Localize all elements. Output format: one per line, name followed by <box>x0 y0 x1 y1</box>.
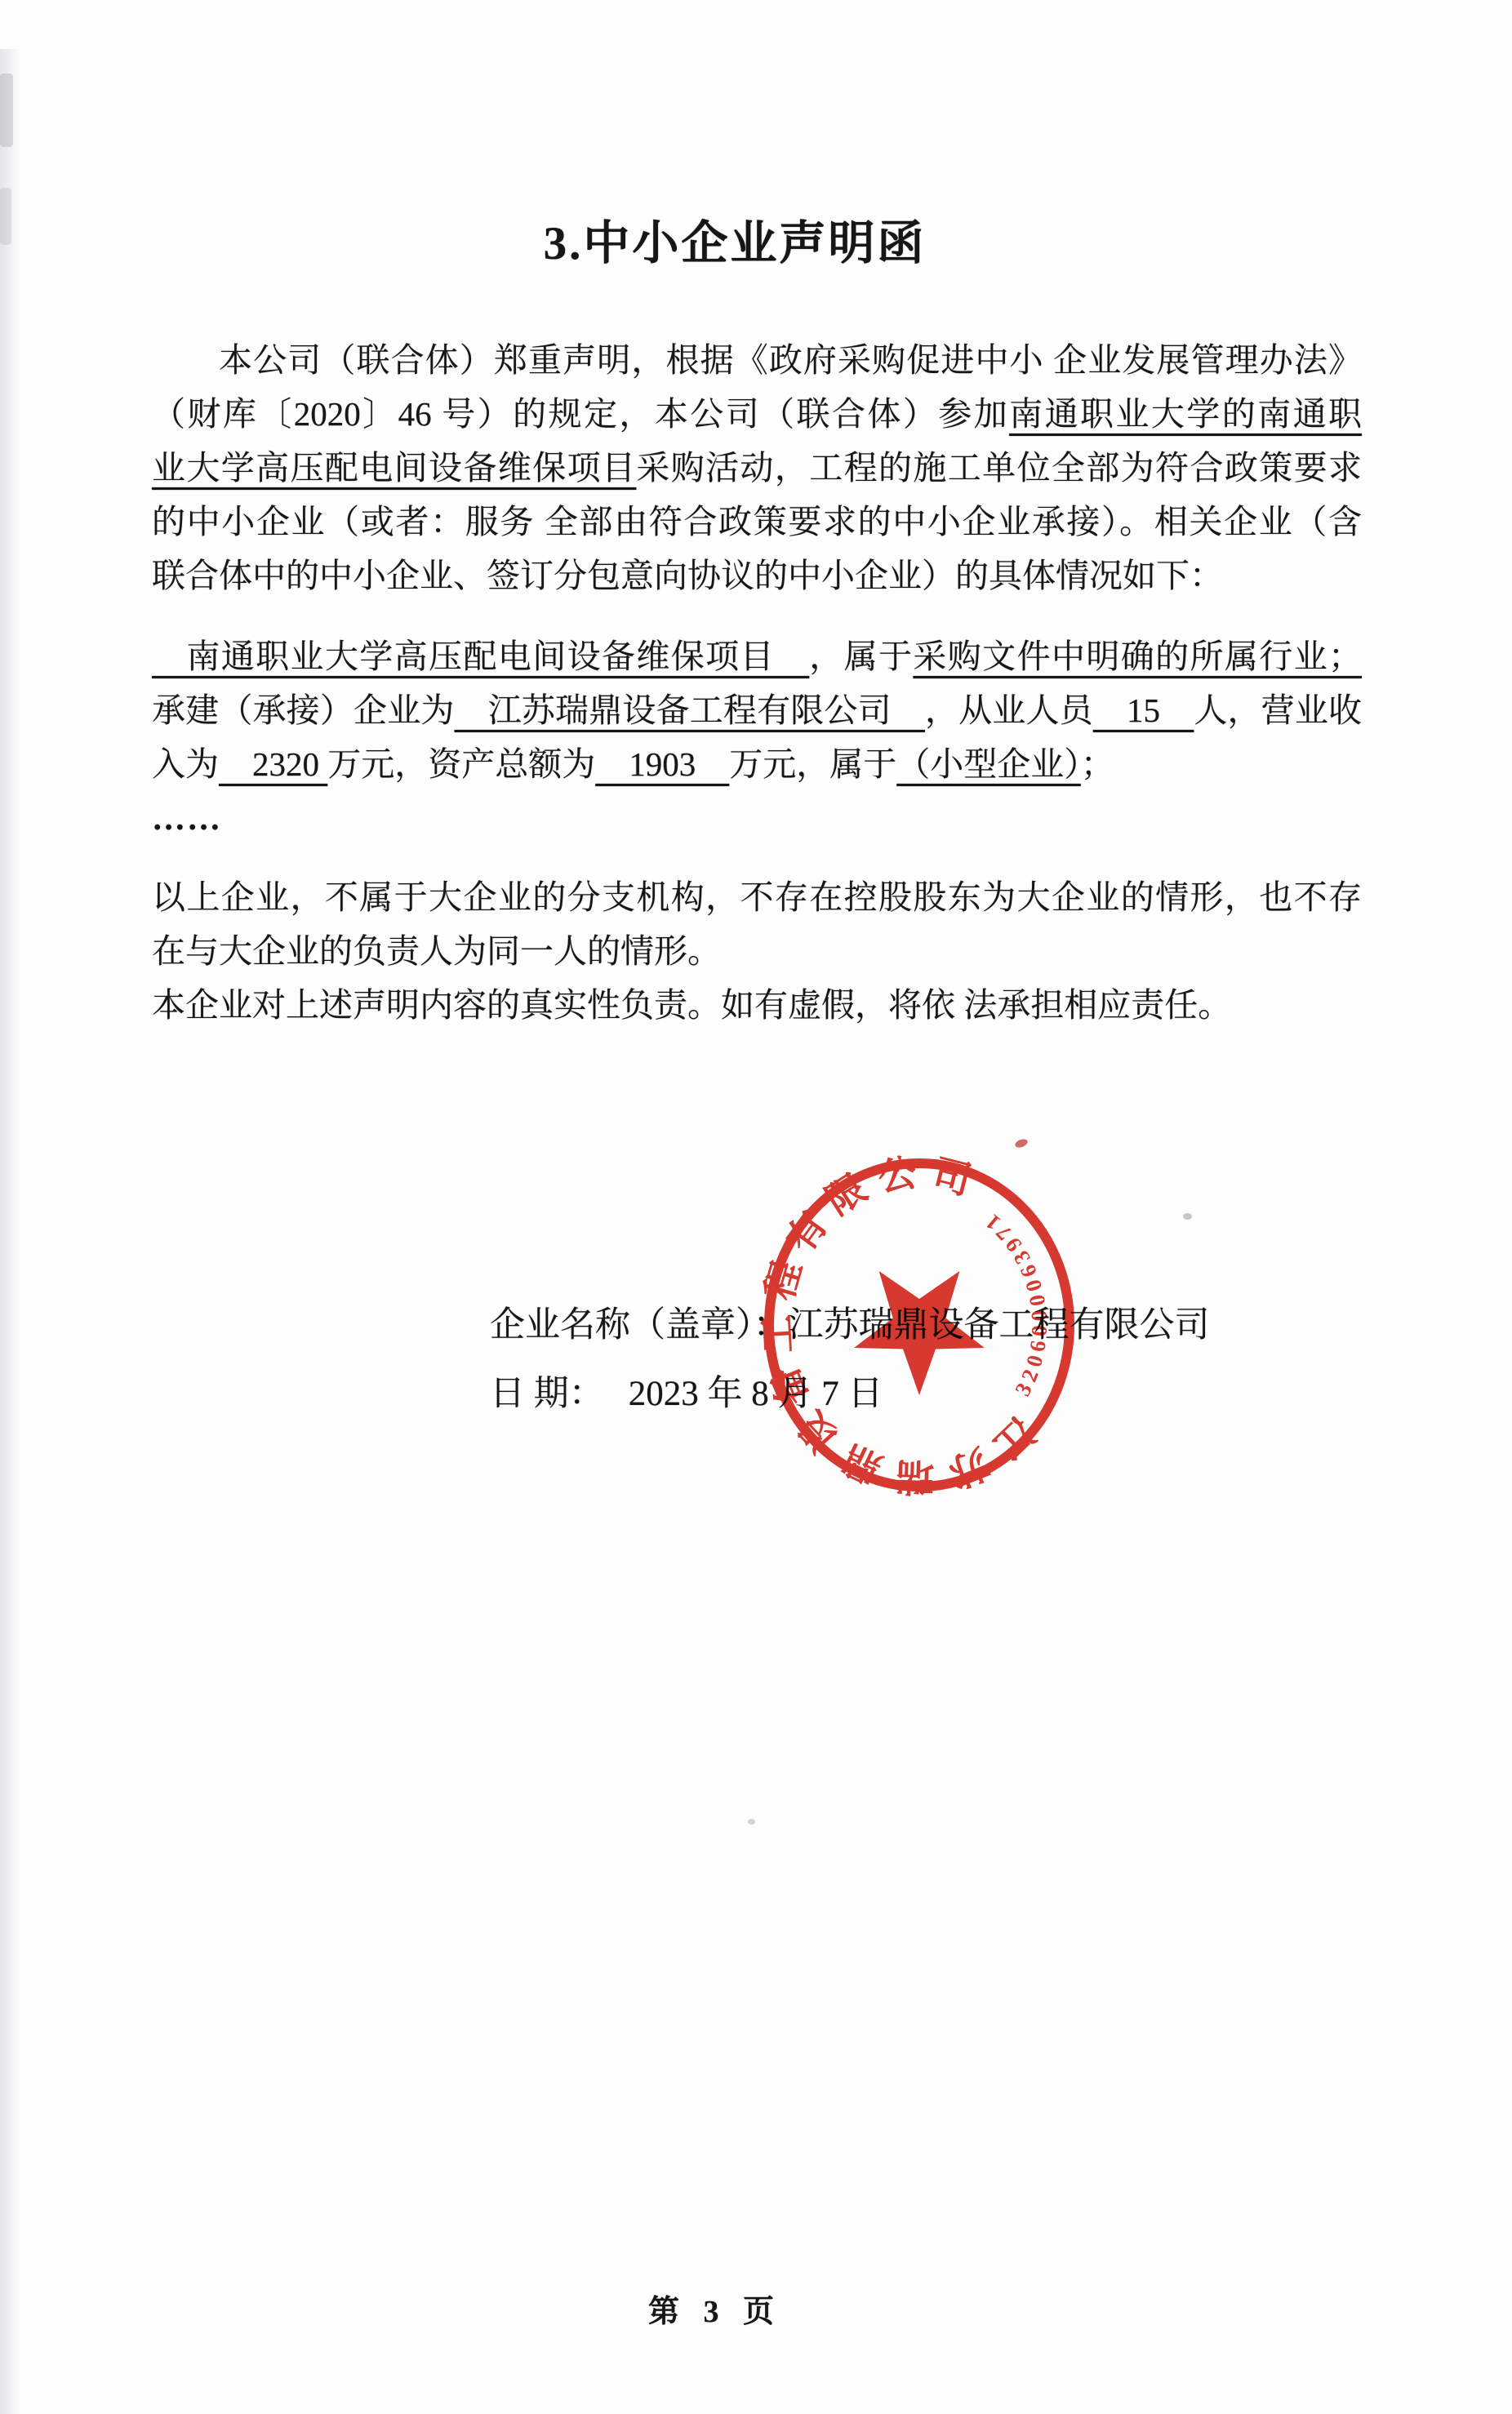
text-run: 以上企业，不属于大企业的分支机构，不存在控股股东为大企业的情形，也不存 <box>152 878 1362 916</box>
underlined-field: 采购文件中明确的所属行业； <box>913 638 1362 675</box>
red-ink-speck <box>1014 1138 1029 1149</box>
scan-smudge <box>0 73 13 147</box>
underlined-field: 1903 <box>595 745 729 783</box>
text-line: 联合体中的中小企业、签订分包意向协议的中小企业）的具体情况如下： <box>152 549 1362 602</box>
text-run: （财库〔2020〕46 号）的规定，本公司（联合体）参加 <box>152 395 1009 433</box>
text-run: 采购活动，工程的施工单位全部为符合政策要求 <box>636 449 1362 487</box>
paragraph: …… <box>152 791 1362 845</box>
paragraph: 南通职业大学高压配电间设备维保项目 ，属于采购文件中明确的所属行业；承建（承接）… <box>152 629 1362 791</box>
paragraph: 本公司（联合体）郑重声明，根据《政府采购促进中小 企业发展管理办法》（财库〔20… <box>152 333 1362 602</box>
page-title: 3.中小企业声明函 <box>0 206 1491 273</box>
seal-graphic: 江苏瑞鼎设备工程有限公司 3206000063971 <box>756 1154 1083 1496</box>
scan-edge-artifact <box>0 49 21 2414</box>
text-run: 联合体中的中小企业、签订分包意向协议的中小企业）的具体情况如下： <box>152 557 1223 594</box>
document-body: 本公司（联合体）郑重声明，根据《政府采购促进中小 企业发展管理办法》（财库〔20… <box>152 333 1362 1032</box>
gray-speck <box>1183 1213 1192 1220</box>
text-line: 南通职业大学高压配电间设备维保项目 ，属于采购文件中明确的所属行业； <box>152 629 1362 683</box>
text-run: 本公司（联合体）郑重声明，根据《政府采购促进中小 企业发展管理办法》 <box>219 341 1362 379</box>
company-seal-stamp: 江苏瑞鼎设备工程有限公司 3206000063971 <box>756 1154 1083 1496</box>
paragraph: 本企业对上述声明内容的真实性负责。如有虚假，将依 法承担相应责任。 <box>152 978 1362 1032</box>
text-line: 承建（承接）企业为 江苏瑞鼎设备工程有限公司 ，从业人员 15 人，营业收 <box>152 683 1362 737</box>
text-run: …… <box>152 799 222 837</box>
text-line: （财库〔2020〕46 号）的规定，本公司（联合体）参加南通职业大学的南通职 <box>152 387 1362 441</box>
underlined-field: （小型企业） <box>896 745 1081 783</box>
text-line: 在与大企业的负责人为同一人的情形。 <box>152 924 1362 978</box>
text-run: 承建（承接）企业为 <box>152 691 455 729</box>
text-run: 本企业对上述声明内容的真实性负责。如有虚假，将依 法承担相应责任。 <box>152 986 1231 1024</box>
company-seal-label: 企业名称（盖章）： <box>490 1306 789 1345</box>
page-number: 第 3 页 <box>0 2286 1471 2331</box>
seal-star-icon <box>854 1271 985 1395</box>
text-run: 万元，资产总额为 <box>327 745 595 783</box>
text-run: 的中小企业（或者：服务 全部由符合政策要求的中小企业承接）。相关企业（含 <box>152 503 1362 540</box>
text-run: 入为 <box>152 745 219 783</box>
underlined-field: 南通职业大学高压配电间设备维保项目 <box>152 638 809 675</box>
text-line: …… <box>152 791 1362 845</box>
underlined-field: 南通职业大学的南通职 <box>1009 395 1362 433</box>
text-run: ； <box>1081 745 1114 783</box>
text-run: ，属于 <box>809 638 913 675</box>
text-run: 万元，属于 <box>729 745 896 783</box>
underlined-field: 2320 <box>219 745 327 783</box>
underlined-field: 业大学高压配电间设备维保项目 <box>152 449 636 487</box>
underlined-field: 15 <box>1093 691 1194 729</box>
text-line: 业大学高压配电间设备维保项目采购活动，工程的施工单位全部为符合政策要求 <box>152 441 1362 495</box>
text-run: 人，营业收 <box>1194 691 1362 729</box>
text-run: ，从业人员 <box>925 691 1093 729</box>
gray-speck <box>748 1819 755 1825</box>
paragraph: 以上企业，不属于大企业的分支机构，不存在控股股东为大企业的情形，也不存在与大企业… <box>152 870 1362 978</box>
document-page: 3.中小企业声明函 本公司（联合体）郑重声明，根据《政府采购促进中小 企业发展管… <box>0 0 1512 2414</box>
date-label: 日 期： <box>490 1375 604 1413</box>
text-line: 的中小企业（或者：服务 全部由符合政策要求的中小企业承接）。相关企业（含 <box>152 495 1362 549</box>
text-run: 在与大企业的负责人为同一人的情形。 <box>152 932 721 970</box>
text-line: 入为 2320 万元，资产总额为 1903 万元，属于（小型企业）； <box>152 737 1362 791</box>
text-line: 以上企业，不属于大企业的分支机构，不存在控股股东为大企业的情形，也不存 <box>152 870 1362 924</box>
underlined-field: 江苏瑞鼎设备工程有限公司 <box>455 691 925 729</box>
text-line: 本公司（联合体）郑重声明，根据《政府采购促进中小 企业发展管理办法》 <box>152 333 1362 387</box>
text-line: 本企业对上述声明内容的真实性负责。如有虚假，将依 法承担相应责任。 <box>152 978 1362 1032</box>
